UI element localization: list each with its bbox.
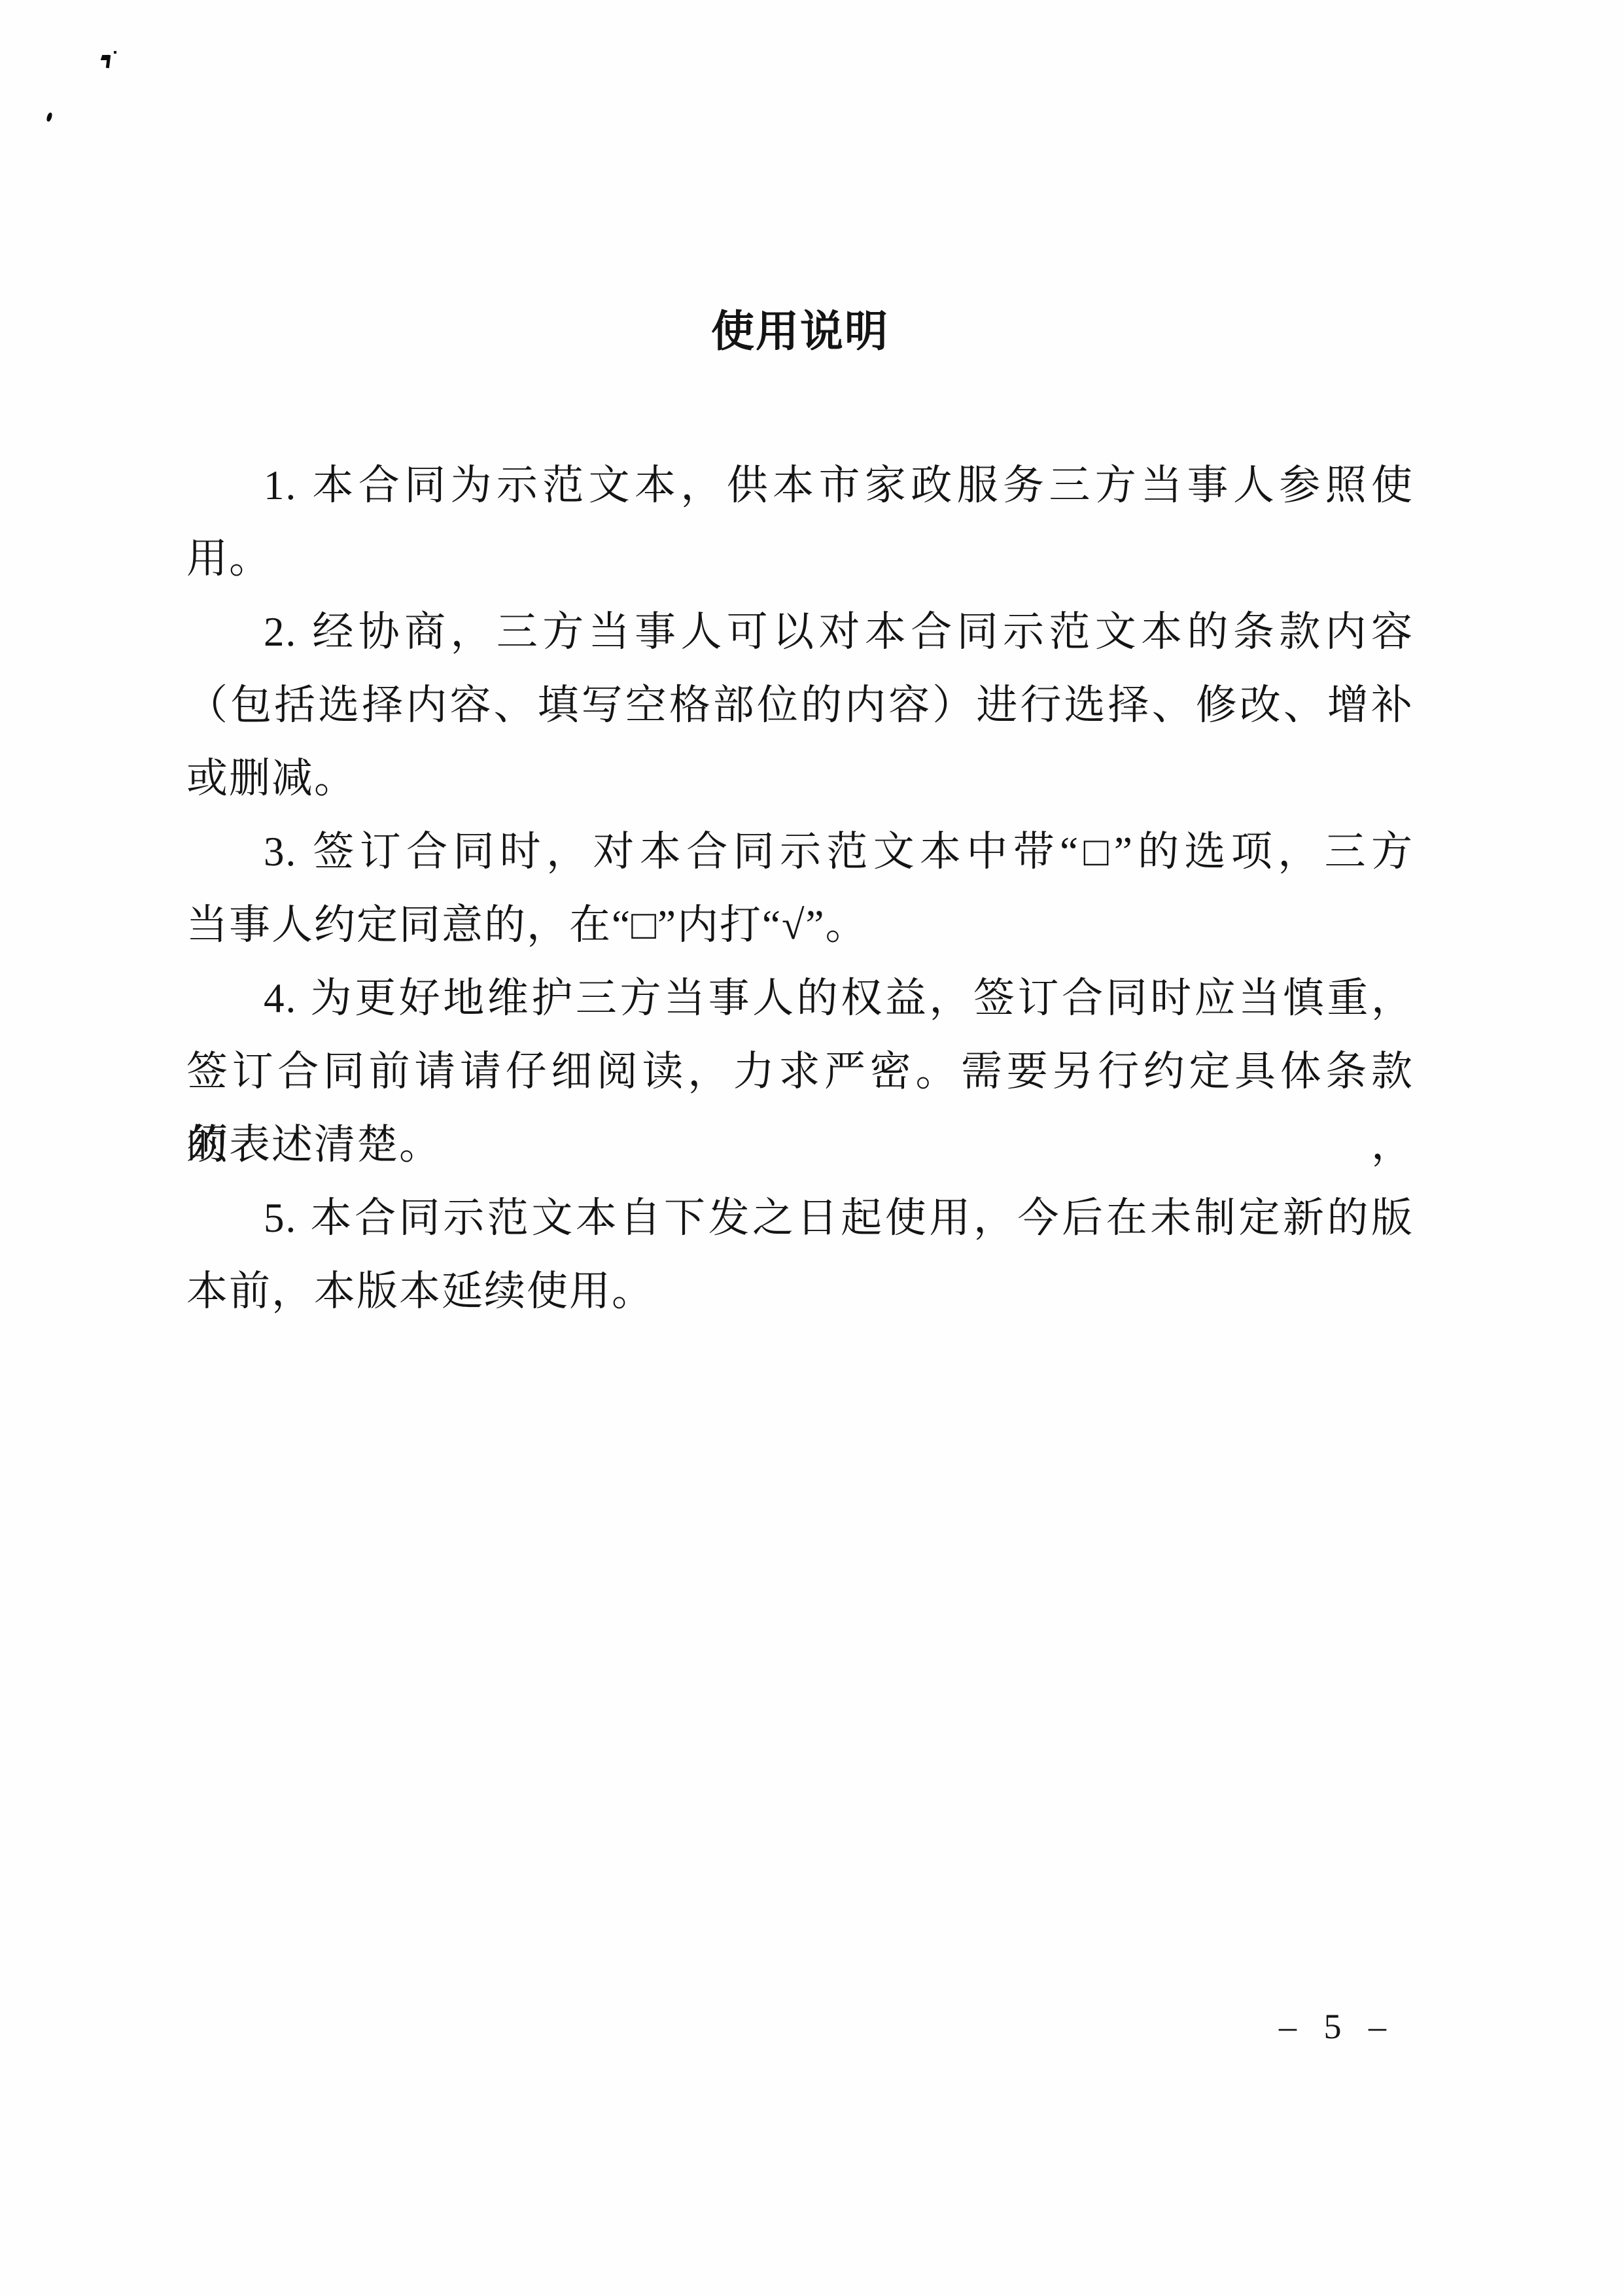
paragraph: 1. 本合同为示范文本，供本市家政服务三方当事人参照使 用。 (186, 449, 1414, 595)
text-line: 或删减。 (186, 742, 1414, 815)
text-line: 4. 为更好地维护三方当事人的权益，签订合同时应当慎重， (186, 962, 1414, 1035)
text-line: 本前，本版本延续使用。 (186, 1255, 1414, 1328)
page-title: 使用说明 (186, 300, 1414, 365)
scan-artifact (46, 112, 53, 122)
text-line: 3. 签订合同时，对本合同示范文本中带“□”的选项，三方 (186, 815, 1414, 888)
instructions-text: 1. 本合同为示范文本，供本市家政服务三方当事人参照使 用。 2. 经协商，三方… (186, 449, 1414, 1328)
paragraph: 4. 为更好地维护三方当事人的权益，签订合同时应当慎重， 签订合同前请请仔细阅读… (186, 962, 1414, 1181)
text-line: 5. 本合同示范文本自下发之日起使用，今后在未制定新的版 (186, 1181, 1414, 1255)
text-line: 1. 本合同为示范文本，供本市家政服务三方当事人参照使 (186, 449, 1414, 522)
scan-artifact (114, 51, 116, 54)
page-number: – 5 – (1279, 2000, 1395, 2053)
text-line: （包括选择内容、填写空格部位的内容）进行选择、修改、增补 (186, 669, 1414, 742)
paragraph: 2. 经协商，三方当事人可以对本合同示范文本的条款内容 （包括选择内容、填写空格… (186, 595, 1414, 815)
text-line: 用。 (186, 522, 1414, 595)
paragraph: 3. 签订合同时，对本合同示范文本中带“□”的选项，三方 当事人约定同意的，在“… (186, 815, 1414, 962)
text-line: 签订合同前请请仔细阅读，力求严密。需要另行约定具体条款的， (186, 1035, 1414, 1108)
text-line: 当事人约定同意的，在“□”内打“√”。 (186, 888, 1414, 962)
document-page: 使用说明 1. 本合同为示范文本，供本市家政服务三方当事人参照使 用。 2. 经… (0, 0, 1623, 2296)
text-line: 2. 经协商，三方当事人可以对本合同示范文本的条款内容 (186, 595, 1414, 669)
paragraph: 5. 本合同示范文本自下发之日起使用，今后在未制定新的版 本前，本版本延续使用。 (186, 1181, 1414, 1328)
